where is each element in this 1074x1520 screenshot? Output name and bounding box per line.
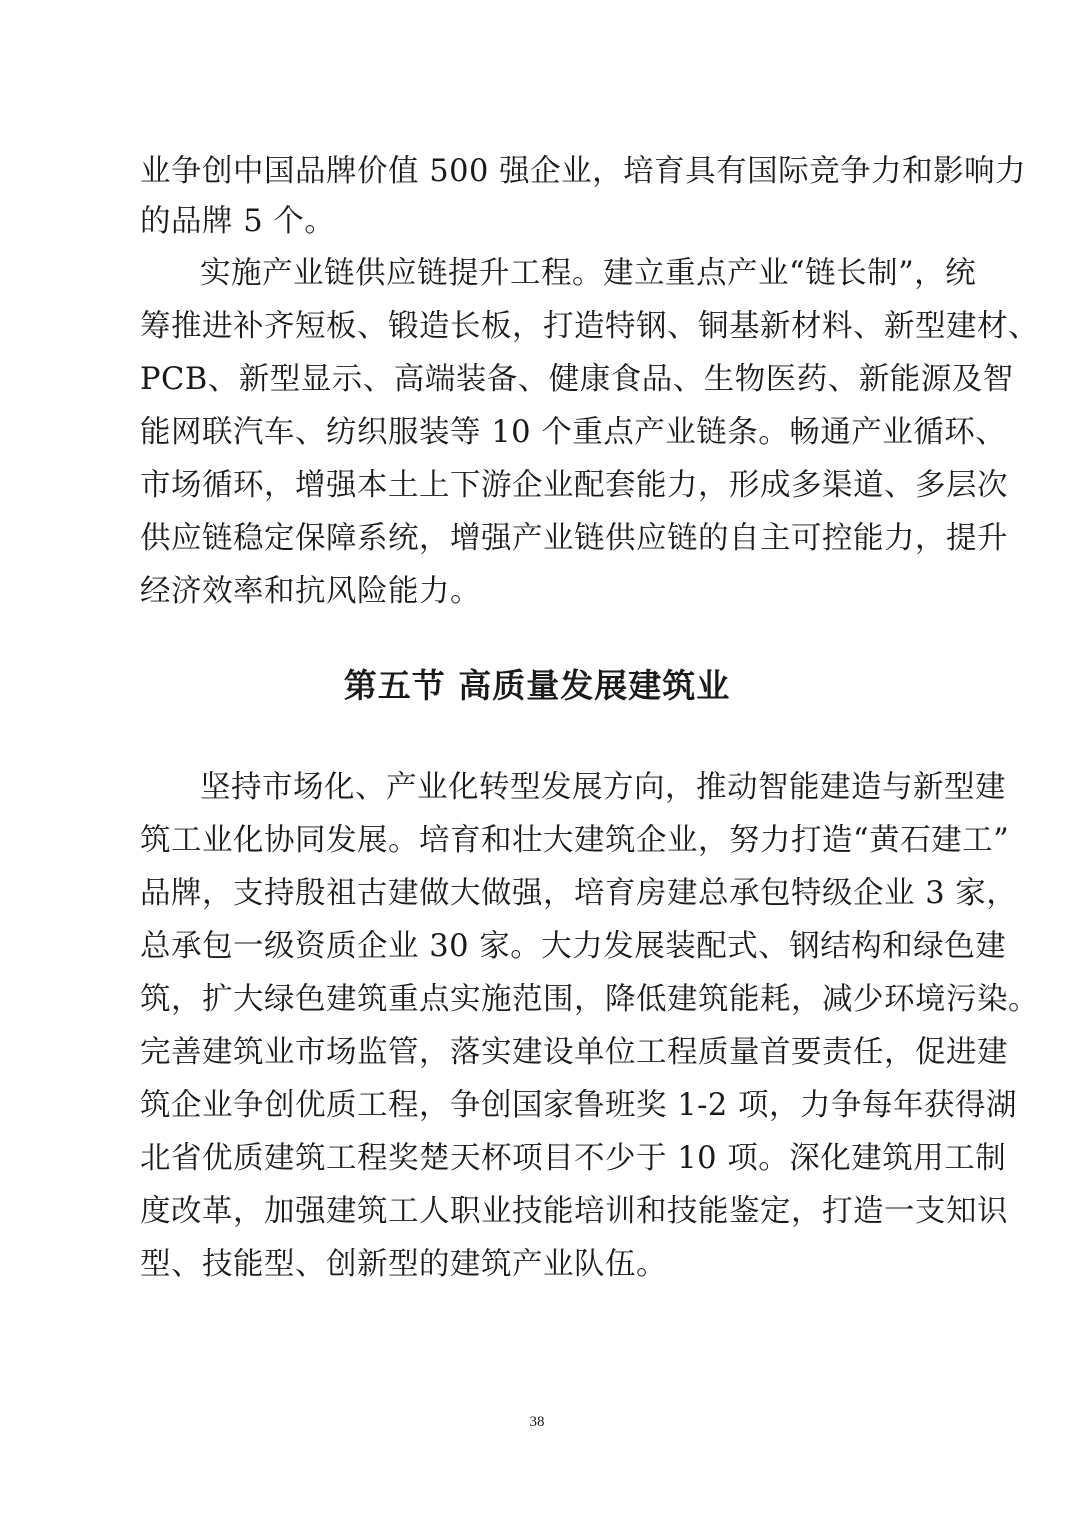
paragraph-line: 筑，扩大绿色建筑重点实施范围，降低建筑能耗，减少环境污染。 (140, 980, 940, 1020)
paragraph-line: 筑工业化协同发展。培育和壮大建筑企业，努力打造“黄石建工” (140, 821, 940, 861)
paragraph-line: PCB、新型显示、高端装备、健康食品、生物医药、新能源及智 (140, 360, 940, 400)
paragraph-line: 筹推进补齐短板、锻造长板，打造特钢、铜基新材料、新型建材、 (140, 307, 940, 347)
paragraph-line: 的品牌 5 个。 (140, 202, 940, 242)
paragraph-line: 实施产业链供应链提升工程。建立重点产业“链长制”，统 (200, 254, 940, 294)
paragraph-line: 坚持市场化、产业化转型发展方向，推动智能建造与新型建 (200, 768, 940, 808)
paragraph-line: 度改革，加强建筑工人职业技能培训和技能鉴定，打造一支知识 (140, 1192, 940, 1232)
paragraph-line: 筑企业争创优质工程，争创国家鲁班奖 1-2 项，力争每年获得湖 (140, 1086, 940, 1126)
paragraph-line: 市场循环，增强本土上下游企业配套能力，形成多渠道、多层次 (140, 466, 940, 506)
paragraph-line: 北省优质建筑工程奖楚天杯项目不少于 10 项。深化建筑用工制 (140, 1139, 940, 1179)
paragraph-line: 型、技能型、创新型的建筑产业队伍。 (140, 1245, 940, 1285)
document-page: 业争创中国品牌价值 500 强企业，培育具有国际竞争力和影响力 的品牌 5 个。… (0, 0, 1074, 1520)
paragraph-line: 业争创中国品牌价值 500 强企业，培育具有国际竞争力和影响力 (140, 152, 940, 192)
paragraph-line: 经济效率和抗风险能力。 (140, 572, 940, 612)
paragraph-line: 能网联汽车、纺织服装等 10 个重点产业链条。畅通产业循环、 (140, 413, 940, 453)
paragraph-line: 供应链稳定保障系统，增强产业链供应链的自主可控能力，提升 (140, 519, 940, 559)
paragraph-line: 品牌，支持殷祖古建做大做强，培育房建总承包特级企业 3 家， (140, 874, 940, 914)
paragraph-line: 总承包一级资质企业 30 家。大力发展装配式、钢结构和绿色建 (140, 927, 940, 967)
section-heading: 第五节 高质量发展建筑业 (0, 664, 1074, 708)
paragraph-line: 完善建筑业市场监管，落实建设单位工程质量首要责任，促进建 (140, 1033, 940, 1073)
page-number: 38 (0, 1412, 1074, 1432)
